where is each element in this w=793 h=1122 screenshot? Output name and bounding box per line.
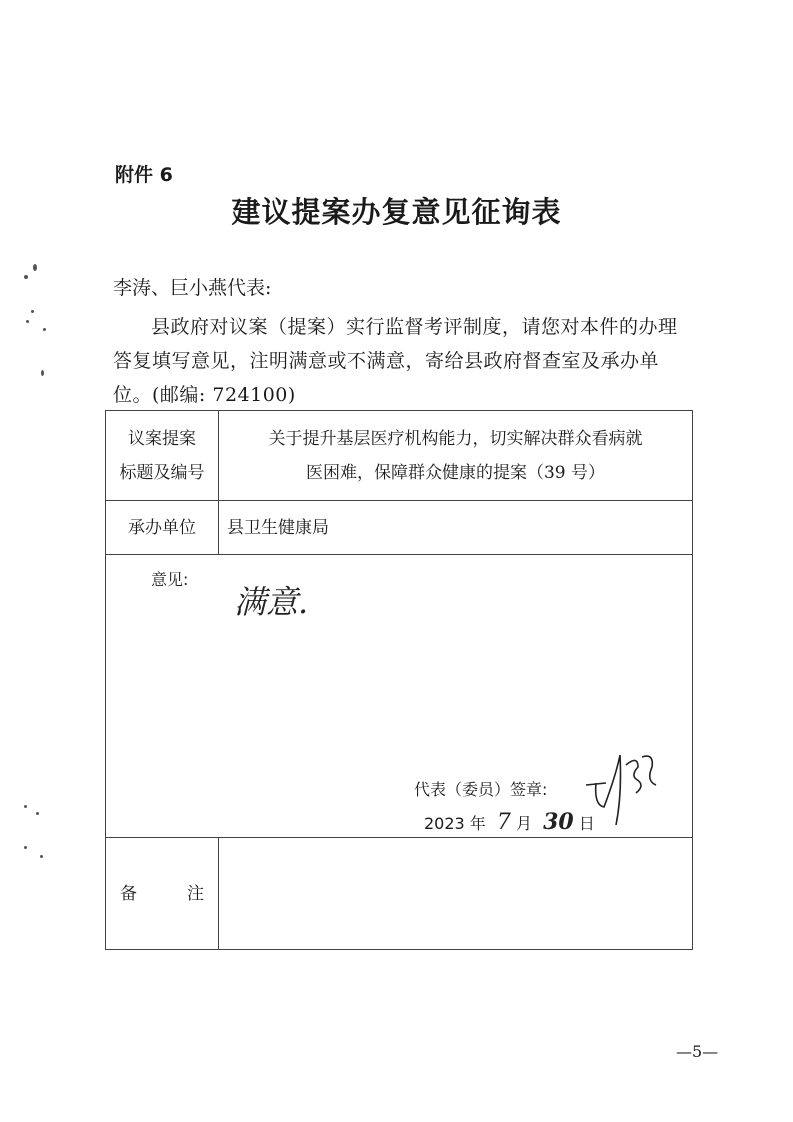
signature-date: 2023 年 7 月 30 日 (424, 809, 595, 835)
handling-unit-row: 承办单位 县卫生健康局 (106, 501, 693, 555)
remarks-label-part: 注 (187, 877, 204, 911)
label-line: 标题及编号 (106, 456, 218, 490)
opinion-row: 意见: 满意. 代表（委员）签章: 2023 年 7 月 30 日 (106, 555, 693, 838)
scan-speck (36, 812, 39, 815)
proposal-title-label: 议案提案 标题及编号 (106, 411, 219, 501)
remarks-label-part: 备 (120, 877, 137, 911)
remarks-label: 备 注 (106, 838, 219, 950)
date-month: 7 (497, 810, 511, 835)
proposal-title-value: 关于提升基层医疗机构能力，切实解决群众看病就 医困难，保障群众健康的提案（39 … (219, 411, 693, 501)
remarks-value[interactable] (219, 838, 693, 950)
date-day: 30 (543, 809, 574, 835)
opinion-cell[interactable]: 意见: 满意. 代表（委员）签章: 2023 年 7 月 30 日 (106, 555, 693, 838)
value-line: 关于提升基层医疗机构能力，切实解决群众看病就 (227, 422, 684, 456)
value-line: 医困难，保障群众健康的提案（39 号） (227, 456, 684, 490)
scan-speck (31, 310, 34, 313)
letter-body: 县政府对议案（提案）实行监督考评制度，请您对本件的办理答复填写意见，注明满意或不… (113, 310, 683, 412)
scan-speck (24, 846, 27, 849)
feedback-form-table: 议案提案 标题及编号 关于提升基层医疗机构能力，切实解决群众看病就 医困难，保障… (105, 410, 693, 950)
scan-speck (24, 275, 28, 279)
scan-speck (43, 328, 46, 331)
scan-speck (41, 370, 44, 376)
label-line: 议案提案 (106, 422, 218, 456)
page-number: —5— (676, 1042, 718, 1061)
date-day-label: 日 (579, 814, 595, 833)
scan-speck (40, 855, 43, 858)
date-year: 2023 年 (424, 814, 486, 833)
handling-unit-value: 县卫生健康局 (219, 501, 693, 555)
page-title: 建议提案办复意见征询表 (0, 190, 793, 231)
remarks-row: 备 注 (106, 838, 693, 950)
handling-unit-label: 承办单位 (106, 501, 219, 555)
signature-label: 代表（委员）签章: (414, 777, 547, 800)
proposal-title-row: 议案提案 标题及编号 关于提升基层医疗机构能力，切实解决群众看病就 医困难，保障… (106, 411, 693, 501)
opinion-label: 意见: (151, 567, 188, 590)
scan-speck (24, 805, 27, 808)
handwritten-opinion: 满意. (234, 577, 308, 623)
salutation: 李涛、巨小燕代表: (113, 273, 271, 300)
date-month-label: 月 (516, 814, 532, 833)
scan-speck (26, 320, 29, 323)
attachment-label: 附件 6 (115, 160, 173, 187)
scan-speck (33, 264, 37, 271)
